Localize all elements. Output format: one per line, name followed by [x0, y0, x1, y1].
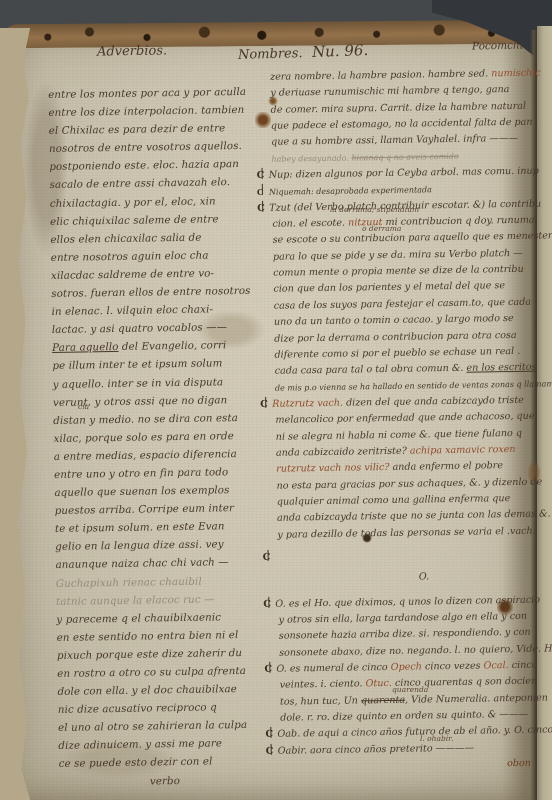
line-segment: cinco vezes: [422, 661, 484, 673]
line-segment: , Vide Numeralia. anteponien: [405, 692, 548, 705]
manuscript-line: O.: [278, 567, 552, 588]
header-language-pocomchi: Pocomchi: [472, 40, 523, 53]
line-segment: de mis p.o vienna se ha hallado en senti…: [275, 379, 552, 393]
line-segment: entre los dize interpolacion. tambien: [48, 104, 244, 119]
line-segment: O. es el Ho. que diximos, q unos lo dize…: [275, 594, 540, 609]
line-segment: anda cabizcayda triste que no se junta c…: [277, 509, 551, 524]
line-segment: del Evangelio, corri: [118, 340, 226, 354]
line-segment: sonsonete hazia arriba dize. si. respond…: [279, 627, 531, 642]
line-segment: Niquemah: desaprobada experimentada: [269, 186, 432, 198]
capitulum-icon: C: [260, 397, 272, 414]
line-segment: anda cabizcaido zeritriste?: [276, 446, 410, 459]
line-segment: y otros sin ella, larga tardandose algo …: [279, 611, 528, 626]
line-segment: uno da un tanto o tomin o cacao. y largo…: [274, 313, 514, 328]
line-segment: Nup: dizen algunos por la Ceyba arbol. m…: [269, 166, 539, 181]
line-segment: no esta para gracias por sus achaques, &…: [276, 476, 542, 491]
line-segment: gelio en la lengua dize assi. vey: [55, 539, 224, 554]
line-segment: te et ipsum solum. en este Evan: [55, 521, 225, 536]
line-segment: dole. r. ro. dize quinto en orden su qui…: [280, 709, 528, 724]
line-segment: postponiendo este. eloc. hazia apan: [49, 158, 239, 173]
line-segment: ce se puede esto dezir con el: [59, 756, 213, 770]
interlinear-insertion: o derrama: [362, 224, 401, 233]
line-segment: Opech: [391, 661, 422, 672]
line-segment: xilac, porque solo es para en orde: [53, 430, 233, 445]
line-segment: tos, hun tuc, Un: [280, 695, 361, 707]
line-segment: dizen del que anda cabizcaydo triste: [343, 395, 524, 409]
line-segment: que a su hombre assi, llaman Vayhalel. i…: [271, 133, 518, 148]
manuscript-line: verbo: [59, 770, 271, 791]
line-segment: verbo: [150, 775, 180, 787]
line-segment: cion que dan los parientes y el metal de…: [273, 281, 505, 296]
line-segment: O. es numeral de cinco: [276, 662, 390, 675]
line-segment: Otuc.: [366, 678, 392, 689]
capitulum-icon: C: [266, 743, 278, 760]
line-segment: zera nombre. la hambre pasion. hambre se…: [270, 68, 491, 82]
line-segment: anda enfermo el pobre: [389, 460, 503, 473]
line-segment: ni se alegra ni habla ni come &. que tie…: [276, 427, 522, 442]
line-segment: sotros. fueran ellos de entre nosotros: [51, 285, 250, 300]
header-section-nombres: Nombres.: [238, 46, 303, 63]
line-segment: cada casa para tal o tal obra comun &.: [275, 363, 467, 377]
line-segment: entre nosotros aguin eloc cha: [51, 249, 209, 263]
line-segment: y pareceme q el chauibilxaenic: [56, 611, 221, 626]
header-section-adverbios: Adverbios.: [97, 43, 167, 59]
line-segment: dize adinuicem. y assi me pare: [58, 738, 222, 753]
line-segment: comun mente o propia mente se dize de la…: [273, 264, 524, 279]
line-segment: cion. el escote.: [272, 218, 348, 230]
line-segment: nosotros de entre vosotros aquellos.: [49, 140, 242, 155]
line-segment: en los escritos: [466, 362, 536, 374]
line-segment: a entre medias, espacio diferencia: [54, 448, 237, 463]
interlinear-insertion: cia: [78, 402, 89, 411]
line-segment: dole con ella. y el doc chauibilxae: [57, 683, 237, 698]
line-segment: que padece el estomago, no la accidental…: [271, 117, 533, 132]
right-text-column: zera nombre. la hambre pasion. hambre se…: [255, 65, 552, 776]
line-segment: en este sentido no entra bien ni el: [57, 629, 239, 644]
capitulum-icon: C: [263, 550, 275, 567]
line-segment: el uno al otro se zahirieran la culpa: [58, 719, 247, 734]
line-segment: y para dezillo de todas las personas se …: [277, 525, 536, 540]
line-segment: nic dize acusativo reciproco q: [58, 702, 217, 716]
capitulum-icon: C: [257, 168, 269, 185]
line-segment: Oabir. aora cinco años preterito ————: [278, 742, 475, 756]
line-segment: Guchapixuh rienac chauibil: [56, 575, 202, 589]
line-segment: sonsonete abaxo, dize no. negando. l. no…: [279, 643, 552, 658]
capitulum-icon: C: [265, 727, 277, 744]
line-segment: anaunque naiza chac chi vach —: [55, 557, 228, 572]
interlinear-insertion: l. ohabir.: [420, 734, 453, 743]
line-segment: O.: [419, 572, 430, 583]
line-segment: entre uno y otro en fin para todo: [54, 466, 228, 481]
line-segment: y deriuase runumischic mi hambre q tengo…: [270, 84, 509, 99]
line-segment: pe illum inter te et ipsum solum: [52, 358, 222, 373]
interlinear-insertion: quarenda: [392, 685, 428, 694]
interlinear-insertion: la derrama; stipendium: [330, 205, 419, 214]
line-segment: pixuch porque este dize zaherir du: [57, 647, 242, 662]
line-segment: elic chiquixilac saleme de entre: [50, 213, 219, 228]
manuscript-photo: Adverbios. Nombres. Nu. 96. Pocomchi ent…: [0, 0, 552, 800]
manuscript-line: C: [278, 545, 552, 566]
left-text-column: entre los montes por aca y por acullaent…: [48, 83, 271, 792]
line-segment: distan y medio. no se dira con esta: [53, 412, 238, 427]
line-segment: se escote o su contribucion para aquello…: [273, 231, 552, 246]
line-segment: diferente como si por el pueblo se echas…: [274, 346, 520, 361]
line-segment: obon: [507, 758, 531, 769]
line-segment: qualquier animal como una gallina enferm…: [277, 493, 511, 508]
line-segment: hicanaq q no aveis comido: [351, 152, 458, 163]
line-segment: dize por la derrama o contribucion para …: [274, 329, 517, 344]
line-segment: casa de los suyos para festejar el casam…: [274, 297, 532, 312]
header-folio-number: Nu. 96.: [312, 41, 369, 61]
line-segment: sacalo de entre assi chavazah elo.: [49, 177, 230, 192]
line-segment: ellos elen chicaxilac salia de: [50, 231, 201, 245]
line-segment: para lo que se pide y se da. mira su Ver…: [273, 248, 523, 263]
capitulum-icon: C: [263, 596, 275, 613]
line-segment: el Chixilac es para dezir de entre: [49, 122, 226, 137]
line-segment: entre los montes por aca y por aculla: [48, 86, 246, 101]
line-segment: numischic: [491, 68, 541, 80]
capitulum-icon: C: [264, 662, 276, 679]
line-segment: quarenta: [361, 694, 405, 706]
line-segment: mi contribucion q doy. runumal: [382, 215, 537, 228]
line-segment: in elenac. l. vilquin eloc chaxi-: [51, 304, 213, 319]
capitulum-icon: C: [257, 184, 269, 201]
line-segment: en rostro a otro co su culpa afrenta: [57, 665, 246, 680]
line-segment: melancolico por enfermedad que ande acha…: [275, 411, 534, 426]
line-segment: Rutzrutz vach.: [272, 398, 343, 410]
line-segment: veintes. i. ciento.: [280, 679, 366, 691]
line-segment: Ocal.: [484, 660, 509, 671]
line-segment: cinco: [509, 660, 538, 671]
line-segment: Para aquello: [52, 341, 119, 354]
manuscript-line: y para dezillo de todas las personas se …: [277, 523, 552, 544]
line-segment: tatnic aunque la elacoc ruc —: [56, 593, 215, 607]
line-segment: xilacdac saldreme de entre vo-: [51, 267, 214, 282]
line-segment: lactac. y asi quatro vocablos ——: [52, 321, 227, 336]
line-segment: habey desayunado.: [271, 153, 351, 163]
line-segment: puestos arriba. Corripe eum inter: [55, 502, 235, 517]
line-segment: Oab. de aqui a cinco años futuro de ab e…: [277, 725, 552, 740]
line-segment: de comer. mira supra. Carrit. dize la ha…: [271, 100, 527, 115]
line-segment: y aquello. inter se in via disputa: [53, 376, 224, 391]
line-segment: chixilactagia. y por el, eloc, xin: [50, 195, 216, 210]
capitulum-icon: C: [257, 201, 269, 218]
line-segment: aquello que suenan los exemplos: [54, 484, 229, 499]
line-segment: achipa xamavic roxen: [410, 444, 516, 457]
book-top-edge: [6, 20, 528, 49]
line-segment: rutzrutz vach nos vilic?: [276, 462, 389, 475]
